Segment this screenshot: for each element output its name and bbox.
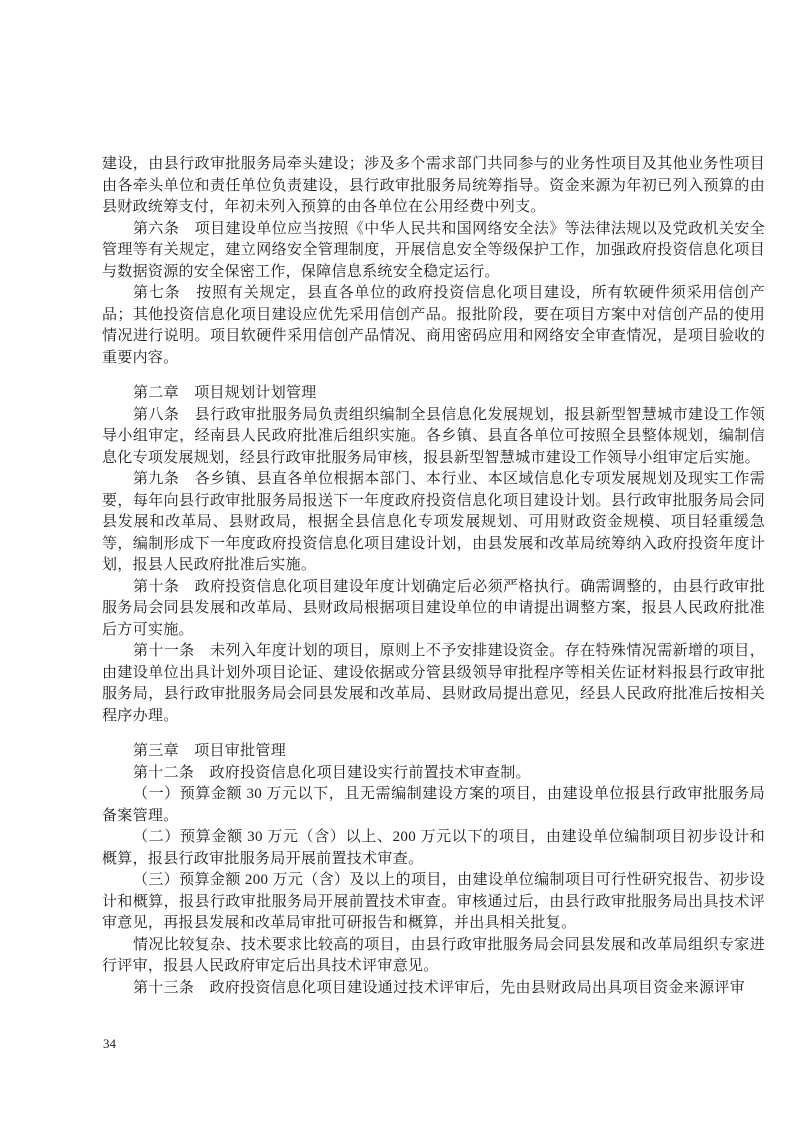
page-number: 34	[103, 1036, 116, 1052]
continuation-paragraph: 建设，由县行政审批服务局牵头建设；涉及多个需求部门共同参与的业务性项目及其他业务…	[102, 154, 765, 219]
article-6: 第六条 项目建设单位应当按照《中华人民共和国网络安全法》等法律法规以及党政机关安…	[102, 219, 765, 284]
chapter-2-heading: 第二章 项目规划计划管理	[102, 383, 765, 405]
document-body: 建设，由县行政审批服务局牵头建设；涉及多个需求部门共同参与的业务性项目及其他业务…	[102, 154, 765, 999]
article-7: 第七条 按照有关规定，县直各单位的政府投资信息化项目建设，所有软硬件须采用信创产…	[102, 283, 765, 369]
article-12-item-3: （三）预算金额 200 万元（含）及以上的项目，由建设单位编制项目可行性研究报告…	[102, 870, 765, 935]
article-11: 第十一条 未列入年度计划的项目，原则上不予安排建设资金。存在特殊情况需新增的项目…	[102, 641, 765, 727]
article-12: 第十二条 政府投资信息化项目建设实行前置技术审查制。	[102, 763, 765, 785]
article-12-item-1: （一）预算金额 30 万元以下，且无需编制建设方案的项目，由建设单位报县行政审批…	[102, 784, 765, 827]
article-10: 第十条 政府投资信息化项目建设年度计划确定后必须严格执行。确需调整的，由县行政审…	[102, 577, 765, 642]
article-8: 第八条 县行政审批服务局负责组织编制全县信息化发展规划，报县新型智慧城市建设工作…	[102, 405, 765, 470]
article-13: 第十三条 政府投资信息化项目建设通过技术评审后，先由县财政局出具项目资金来源评审	[102, 978, 765, 1000]
article-12-supplement: 情况比较复杂、技术要求比较高的项目，由县行政审批服务局会同县发展和改革局组织专家…	[102, 935, 765, 978]
document-page: 建设，由县行政审批服务局牵头建设；涉及多个需求部门共同参与的业务性项目及其他业务…	[0, 0, 793, 1122]
chapter-3-heading: 第三章 项目审批管理	[102, 741, 765, 763]
article-12-item-2: （二）预算金额 30 万元（含）以上、200 万元以下的项目，由建设单位编制项目…	[102, 827, 765, 870]
article-9: 第九条 各乡镇、县直各单位根据本部门、本行业、本区域信息化专项发展规划及现实工作…	[102, 469, 765, 577]
